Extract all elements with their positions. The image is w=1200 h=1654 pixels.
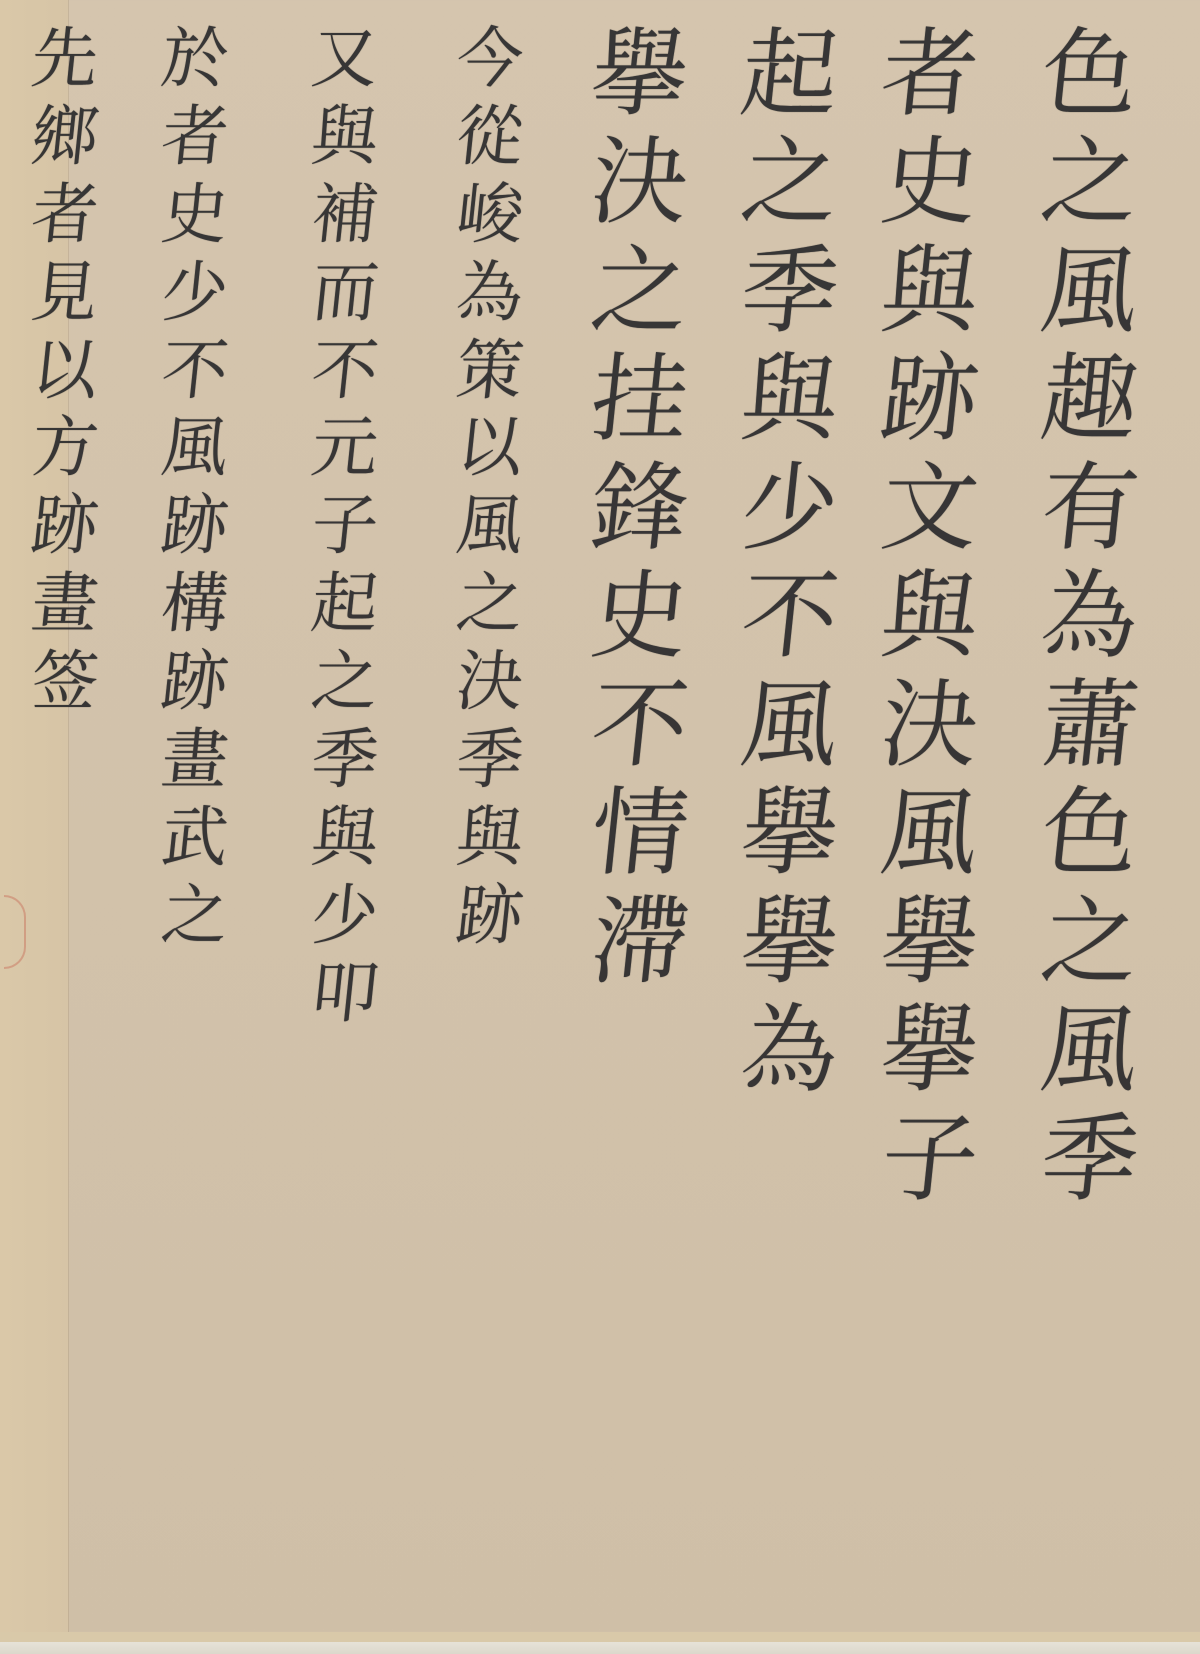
column-2: 者 史 與 跡 文 與 決 風 擧 擧 子: [870, 20, 990, 1213]
character: 史: [158, 176, 232, 254]
character: 畫: [158, 721, 232, 799]
character: 為: [736, 996, 843, 1104]
character: 武: [158, 799, 232, 877]
character: 之: [453, 565, 527, 643]
character: 又: [308, 20, 382, 98]
character: 跡: [158, 487, 232, 565]
character: 少: [736, 454, 843, 562]
character: 擧: [876, 996, 983, 1104]
character: 風: [876, 779, 983, 887]
character: 而: [308, 254, 382, 332]
character: 滯: [586, 888, 693, 996]
character: 少: [308, 877, 382, 955]
character: 先: [28, 20, 102, 98]
character: 決: [453, 643, 527, 721]
character: 以: [28, 332, 102, 410]
character: 於: [158, 20, 232, 98]
character: 不: [736, 562, 843, 670]
character: 方: [28, 409, 102, 487]
character: 趣: [1036, 345, 1143, 453]
character: 補: [308, 176, 382, 254]
character: 鋒: [586, 454, 693, 562]
character: 色: [1036, 779, 1143, 887]
character: 與: [736, 345, 843, 453]
character: 與: [876, 562, 983, 670]
character: 子: [876, 1105, 983, 1213]
character: 今: [453, 20, 527, 98]
character: 策: [453, 332, 527, 410]
seal-mark: [4, 895, 26, 969]
character: 與: [453, 799, 527, 877]
character: 擧: [876, 888, 983, 996]
character: 签: [28, 643, 102, 721]
character: 季: [308, 721, 382, 799]
character: 跡: [876, 345, 983, 453]
paper-bottom-edge: [0, 1632, 1200, 1642]
character: 為: [453, 254, 527, 332]
character: 者: [158, 98, 232, 176]
character: 風: [1036, 996, 1143, 1104]
character: 起: [308, 565, 382, 643]
character: 跡: [453, 877, 527, 955]
character: 之: [308, 643, 382, 721]
character: 挂: [586, 345, 693, 453]
character: 擧: [736, 888, 843, 996]
character: 為: [1036, 562, 1143, 670]
character: 子: [308, 487, 382, 565]
character: 起: [736, 20, 843, 128]
character: 峻: [453, 176, 527, 254]
column-7: 於 者 史 少 不 風 跡 構 跡 畫 武 之: [135, 20, 255, 955]
character: 風: [453, 487, 527, 565]
column-6: 又 與 補 而 不 元 子 起 之 季 與 少 叩: [285, 20, 405, 1032]
character: 跡: [158, 643, 232, 721]
character: 元: [308, 409, 382, 487]
character: 少: [158, 254, 232, 332]
character: 畫: [28, 565, 102, 643]
character: 史: [876, 128, 983, 236]
character: 構: [158, 565, 232, 643]
column-3: 起 之 季 與 少 不 風 擧 擧 為: [730, 20, 850, 1105]
character: 文: [876, 454, 983, 562]
character: 鄉: [28, 98, 102, 176]
character: 見: [28, 254, 102, 332]
character: 季: [736, 237, 843, 345]
character: 季: [453, 721, 527, 799]
character: 之: [736, 128, 843, 236]
silk-mount-strip: [0, 1642, 1200, 1654]
character: 季: [1036, 1105, 1143, 1213]
character: 擧: [736, 779, 843, 887]
column-5: 今 從 峻 為 策 以 風 之 決 季 與 跡: [430, 20, 550, 955]
character: 以: [453, 409, 527, 487]
character: 跡: [28, 487, 102, 565]
character: 者: [28, 176, 102, 254]
character: 蕭: [1036, 671, 1143, 779]
character: 史: [586, 562, 693, 670]
character: 風: [1036, 237, 1143, 345]
character: 與: [308, 98, 382, 176]
character: 不: [158, 332, 232, 410]
character: 風: [736, 671, 843, 779]
column-1: 色 之 風 趣 有 為 蕭 色 之 風 季: [1030, 20, 1150, 1213]
column-4: 擧 決 之 挂 鋒 史 不 情 滯: [580, 20, 700, 996]
character: 不: [308, 332, 382, 410]
character: 擧: [586, 20, 693, 128]
character: 之: [586, 237, 693, 345]
character: 叩: [308, 955, 382, 1033]
character: 情: [586, 779, 693, 887]
column-8: 先 鄉 者 見 以 方 跡 畫 签: [5, 20, 125, 721]
character: 之: [1036, 128, 1143, 236]
character: 之: [158, 877, 232, 955]
character: 風: [158, 409, 232, 487]
character: 與: [876, 237, 983, 345]
character: 之: [1036, 888, 1143, 996]
character: 有: [1036, 454, 1143, 562]
character: 色: [1036, 20, 1143, 128]
character: 與: [308, 799, 382, 877]
paper-sheet: 色 之 風 趣 有 為 蕭 色 之 風 季 者 史 與 跡 文 與 決 風 擧 …: [0, 0, 1200, 1633]
character: 不: [586, 671, 693, 779]
character: 從: [453, 98, 527, 176]
character: 者: [876, 20, 983, 128]
character: 決: [876, 671, 983, 779]
character: 決: [586, 128, 693, 236]
